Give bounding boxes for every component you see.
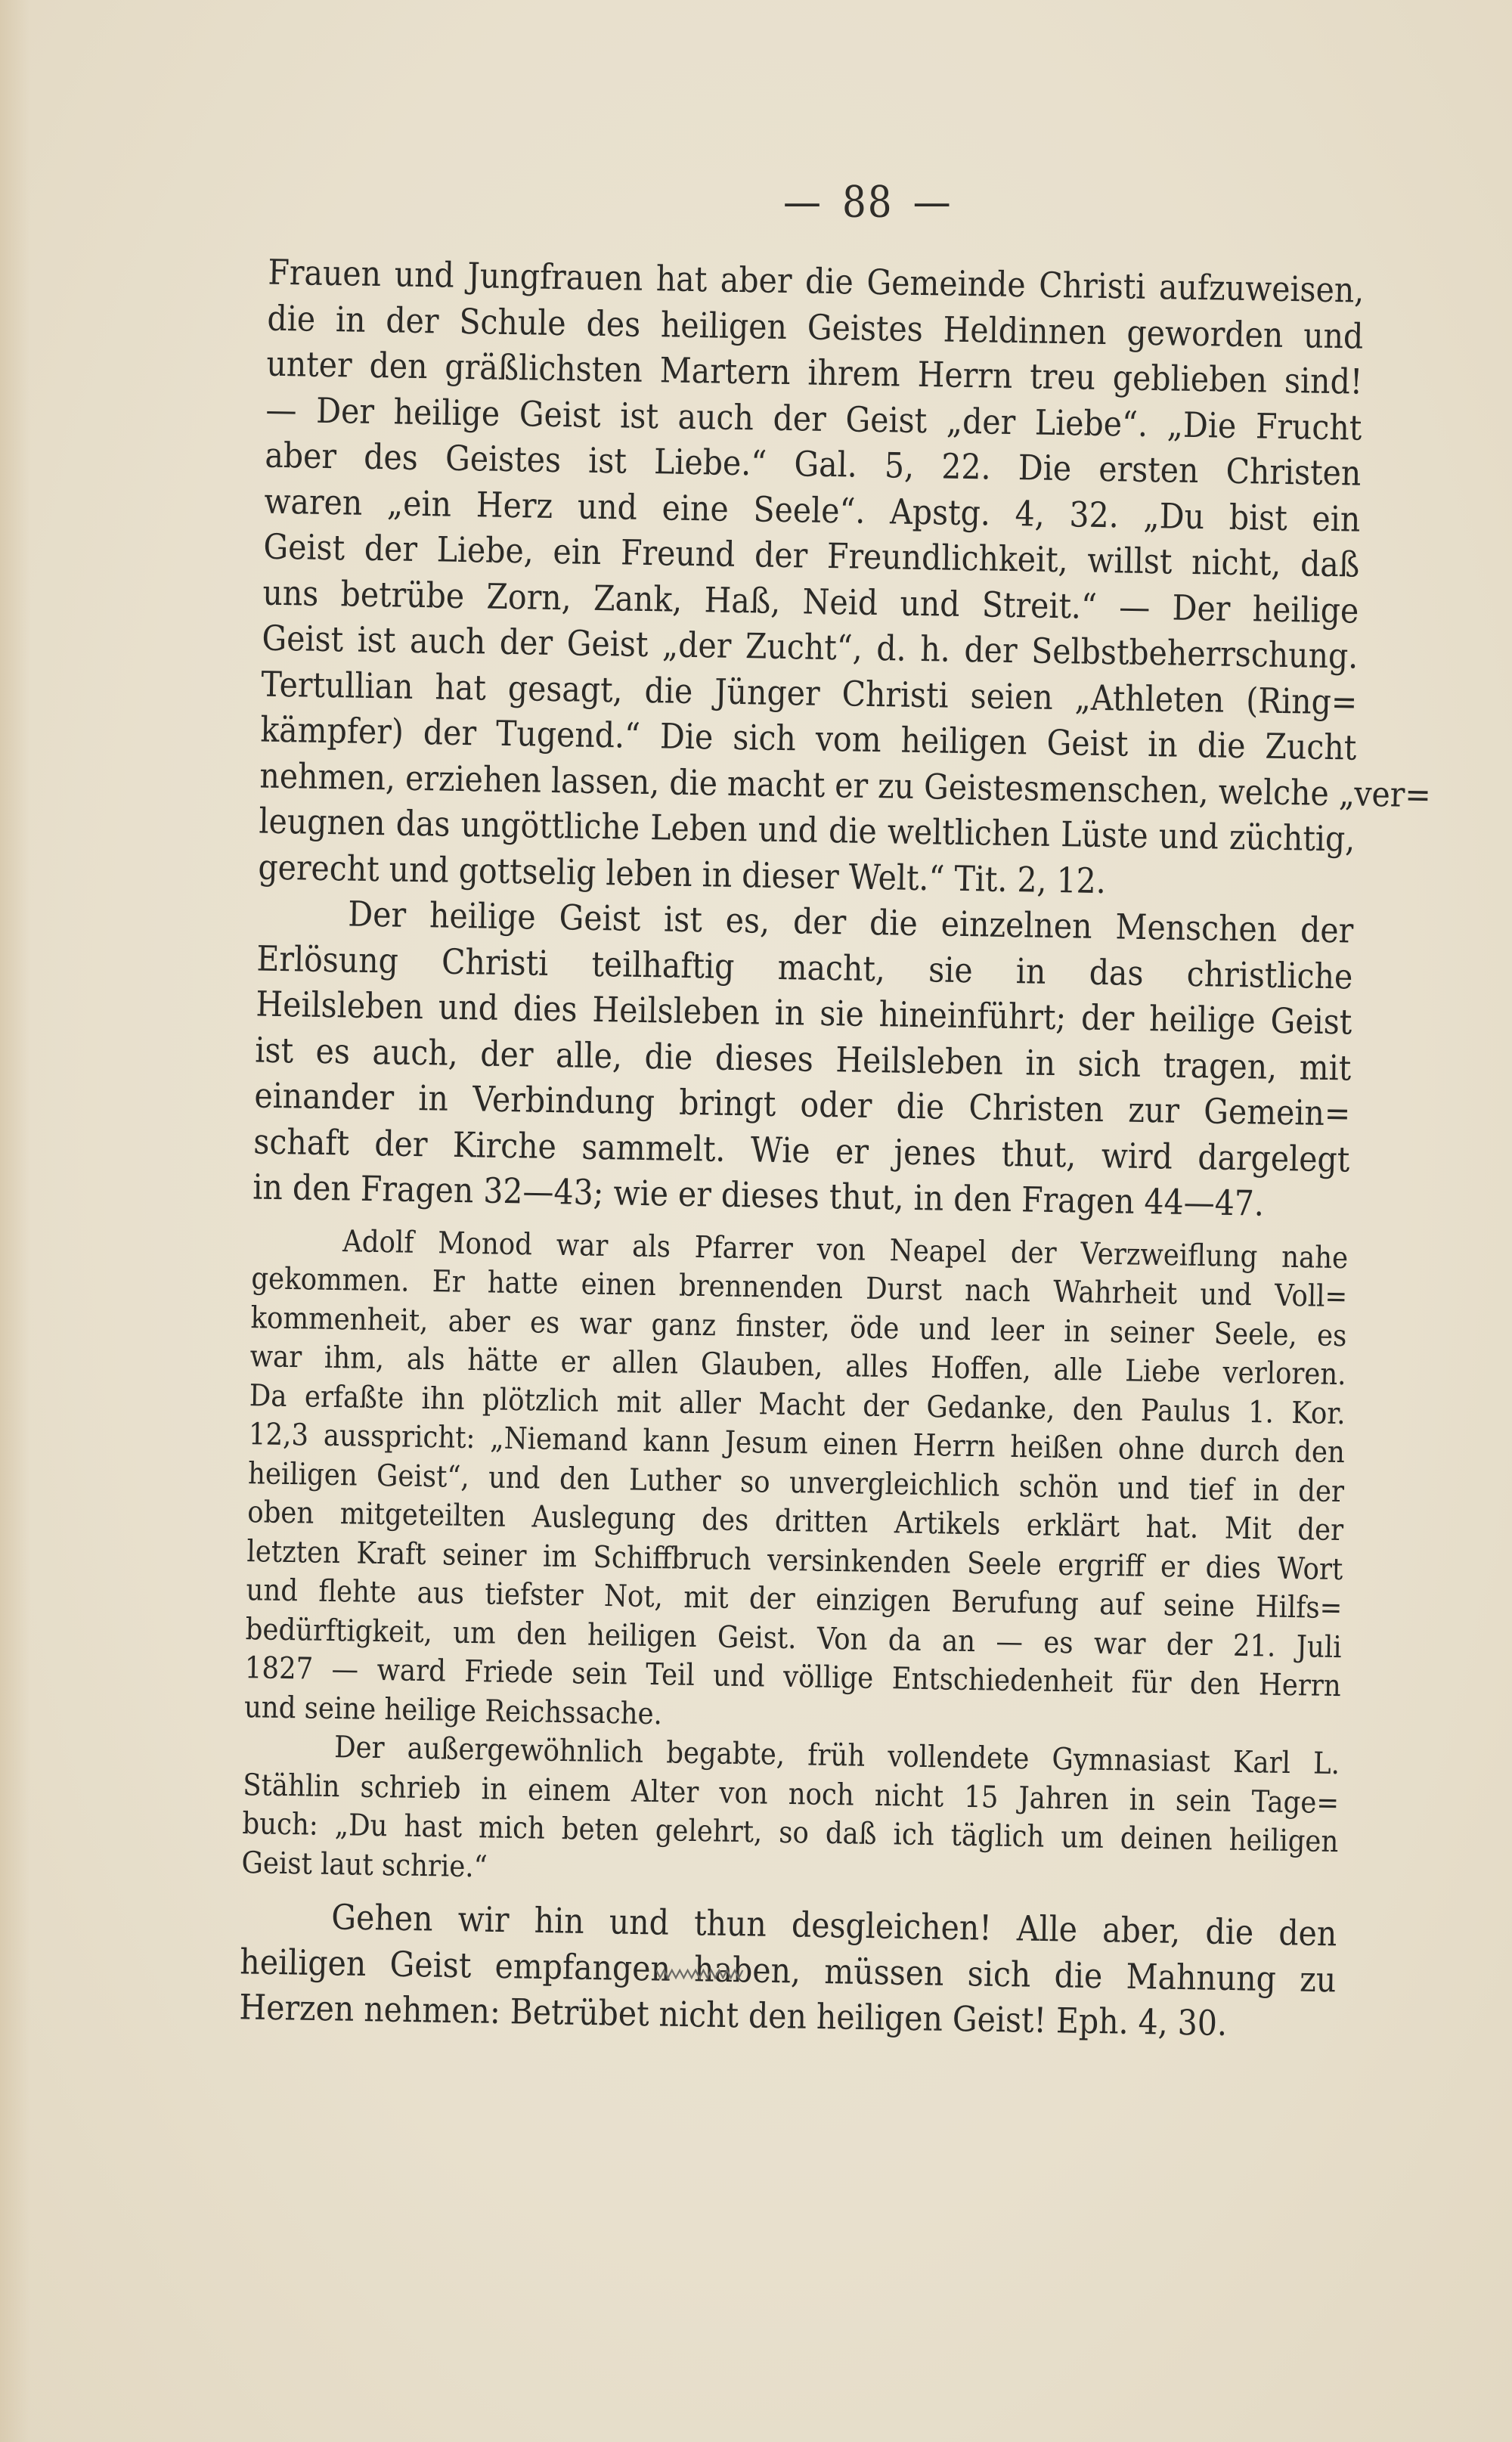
paragraph-p2: Der heilige Geist ist es, der die einzel…: [253, 890, 1354, 1228]
page-number-dash-left: —: [783, 177, 823, 228]
page-number-value: 88: [842, 177, 894, 228]
wavy-line-ornament-icon: [656, 1964, 747, 1984]
book-page: —88— Frauen und Jungfrauen hat aber die …: [0, 0, 1512, 2442]
spine-shadow: [0, 0, 30, 2442]
paragraph-p5: Gehen wir hin und thun desgleichen! Alle…: [239, 1893, 1337, 2049]
page-number-dash-right: —: [913, 177, 953, 228]
paragraph-p1: Frauen und Jungfrauen hat aber die Gemei…: [258, 249, 1365, 908]
paragraph-p3: Adolf Monod war als Pfarrer von Neapel d…: [244, 1220, 1349, 1744]
body-text: Frauen und Jungfrauen hat aber die Gemei…: [239, 249, 1365, 2048]
page-number: —88—: [764, 177, 972, 228]
paragraph-p4: Der außergewöhnlich begabte, früh vollen…: [241, 1727, 1340, 1901]
